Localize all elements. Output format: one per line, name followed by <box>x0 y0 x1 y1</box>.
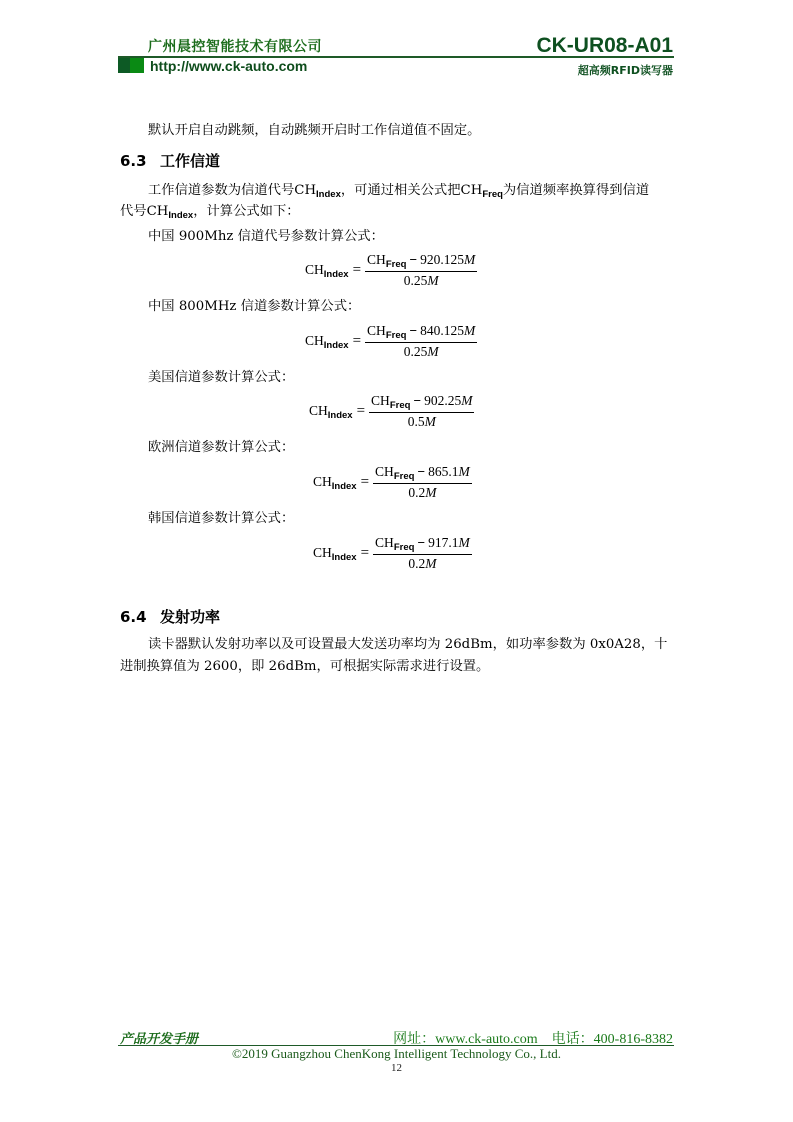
subscript: Index <box>332 552 357 563</box>
unit: M <box>427 344 438 359</box>
formula-europe: CHIndex = CHFreq−865.1M 0.2M <box>313 464 472 501</box>
var: CH <box>375 464 394 479</box>
equals: = <box>353 333 361 350</box>
formula-china-900: CHIndex = CHFreq−920.125M 0.25M <box>305 252 477 289</box>
equals: = <box>361 474 369 491</box>
subscript: Index <box>324 340 349 351</box>
subscript: Index <box>324 269 349 280</box>
var: CH <box>371 393 390 408</box>
offset: 917.1 <box>428 535 458 550</box>
var: CH <box>313 474 332 489</box>
section-heading-6-3: 6.3工作信道 <box>120 150 220 171</box>
minus: − <box>413 393 421 408</box>
equals: = <box>361 545 369 562</box>
unit: M <box>425 485 436 500</box>
intro-paragraph: 默认开启自动跳频，自动跳频开启时工作信道值不固定。 <box>148 120 480 142</box>
subscript: Index <box>316 189 341 200</box>
section-heading-6-4: 6.4发射功率 <box>120 606 220 627</box>
offset: 840.125 <box>420 323 464 338</box>
formula-label-usa: 美国信道参数计算公式： <box>148 367 294 389</box>
fraction: CHFreq−917.1M 0.2M <box>373 535 472 572</box>
footer-copyright: ©2019 Guangzhou ChenKong Intelligent Tec… <box>0 1046 793 1062</box>
unit: M <box>464 323 475 338</box>
var: CH <box>313 545 332 560</box>
fraction: CHFreq−865.1M 0.2M <box>373 464 472 501</box>
section-6-4-paragraph-line-1: 读卡器默认发射功率以及可设置最大发送功率均为 26dBm，如功率参数为 0x0A… <box>148 634 667 656</box>
text: ，可通过相关公式把CH <box>341 183 482 198</box>
unit: M <box>458 464 469 479</box>
header-product-subtitle: 超高频RFID读写器 <box>578 62 673 78</box>
var: CH <box>375 535 394 550</box>
equals: = <box>353 262 361 279</box>
unit: M <box>427 273 438 288</box>
subscript: Freq <box>390 400 411 411</box>
text: 代号CH <box>120 204 168 219</box>
minus: − <box>417 464 425 479</box>
unit: M <box>461 393 472 408</box>
header-company-name: 广州晨控智能技术有限公司 <box>148 36 322 56</box>
text: 工作信道参数为信道代号CH <box>148 183 316 198</box>
minus: − <box>409 323 417 338</box>
subscript: Index <box>328 410 353 421</box>
offset: 902.25 <box>424 393 461 408</box>
section-6-3-paragraph-line-2: 代号CHIndex，计算公式如下： <box>120 201 300 227</box>
subscript: Freq <box>386 330 407 341</box>
formula-label-china-900: 中国 900Mhz 信道代号参数计算公式： <box>148 226 384 248</box>
section-title: 工作信道 <box>160 152 220 170</box>
unit: M <box>458 535 469 550</box>
formula-label-korea: 韩国信道参数计算公式： <box>148 508 294 530</box>
minus: − <box>409 252 417 267</box>
subscript: Freq <box>482 189 503 200</box>
denominator: 0.25 <box>404 344 428 359</box>
denominator: 0.2 <box>408 485 425 500</box>
header-url[interactable]: http://www.ck-auto.com <box>150 58 307 74</box>
formula-label-china-800: 中国 800MHz 信道参数计算公式： <box>148 296 360 318</box>
var: CH <box>367 252 386 267</box>
logo-block-light-icon <box>130 58 144 73</box>
fraction: CHFreq−840.125M 0.25M <box>365 323 477 360</box>
subscript: Freq <box>386 259 407 270</box>
offset: 920.125 <box>420 252 464 267</box>
section-number: 6.4 <box>120 608 160 626</box>
denominator: 0.2 <box>408 556 425 571</box>
logo-block-dark-icon <box>118 58 130 73</box>
formula-usa: CHIndex = CHFreq−902.25M 0.5M <box>309 393 474 430</box>
var: CH <box>309 403 328 418</box>
subscript: Freq <box>394 471 415 482</box>
equals: = <box>357 403 365 420</box>
formula-korea: CHIndex = CHFreq−917.1M 0.2M <box>313 535 472 572</box>
offset: 865.1 <box>428 464 458 479</box>
var: CH <box>305 333 324 348</box>
subscript: Freq <box>394 542 415 553</box>
section-title: 发射功率 <box>160 608 220 626</box>
subscript: Index <box>332 481 357 492</box>
unit: M <box>464 252 475 267</box>
text: 为信道频率换算得到信道 <box>503 183 649 198</box>
section-6-4-paragraph-line-2: 进制换算值为 2600，即 26dBm，可根据实际需求进行设置。 <box>120 656 489 678</box>
formula-china-800: CHIndex = CHFreq−840.125M 0.25M <box>305 323 477 360</box>
var: CH <box>305 262 324 277</box>
subscript: Index <box>168 210 193 221</box>
text: ，计算公式如下： <box>193 204 299 219</box>
unit: M <box>425 556 436 571</box>
section-number: 6.3 <box>120 152 160 170</box>
header-model-number: CK-UR08-A01 <box>536 34 673 58</box>
unit: M <box>425 414 436 429</box>
formula-label-europe: 欧洲信道参数计算公式： <box>148 437 294 459</box>
fraction: CHFreq−902.25M 0.5M <box>369 393 474 430</box>
denominator: 0.5 <box>408 414 425 429</box>
var: CH <box>367 323 386 338</box>
page-number: 12 <box>0 1062 793 1074</box>
fraction: CHFreq−920.125M 0.25M <box>365 252 477 289</box>
minus: − <box>417 535 425 550</box>
denominator: 0.25 <box>404 273 428 288</box>
